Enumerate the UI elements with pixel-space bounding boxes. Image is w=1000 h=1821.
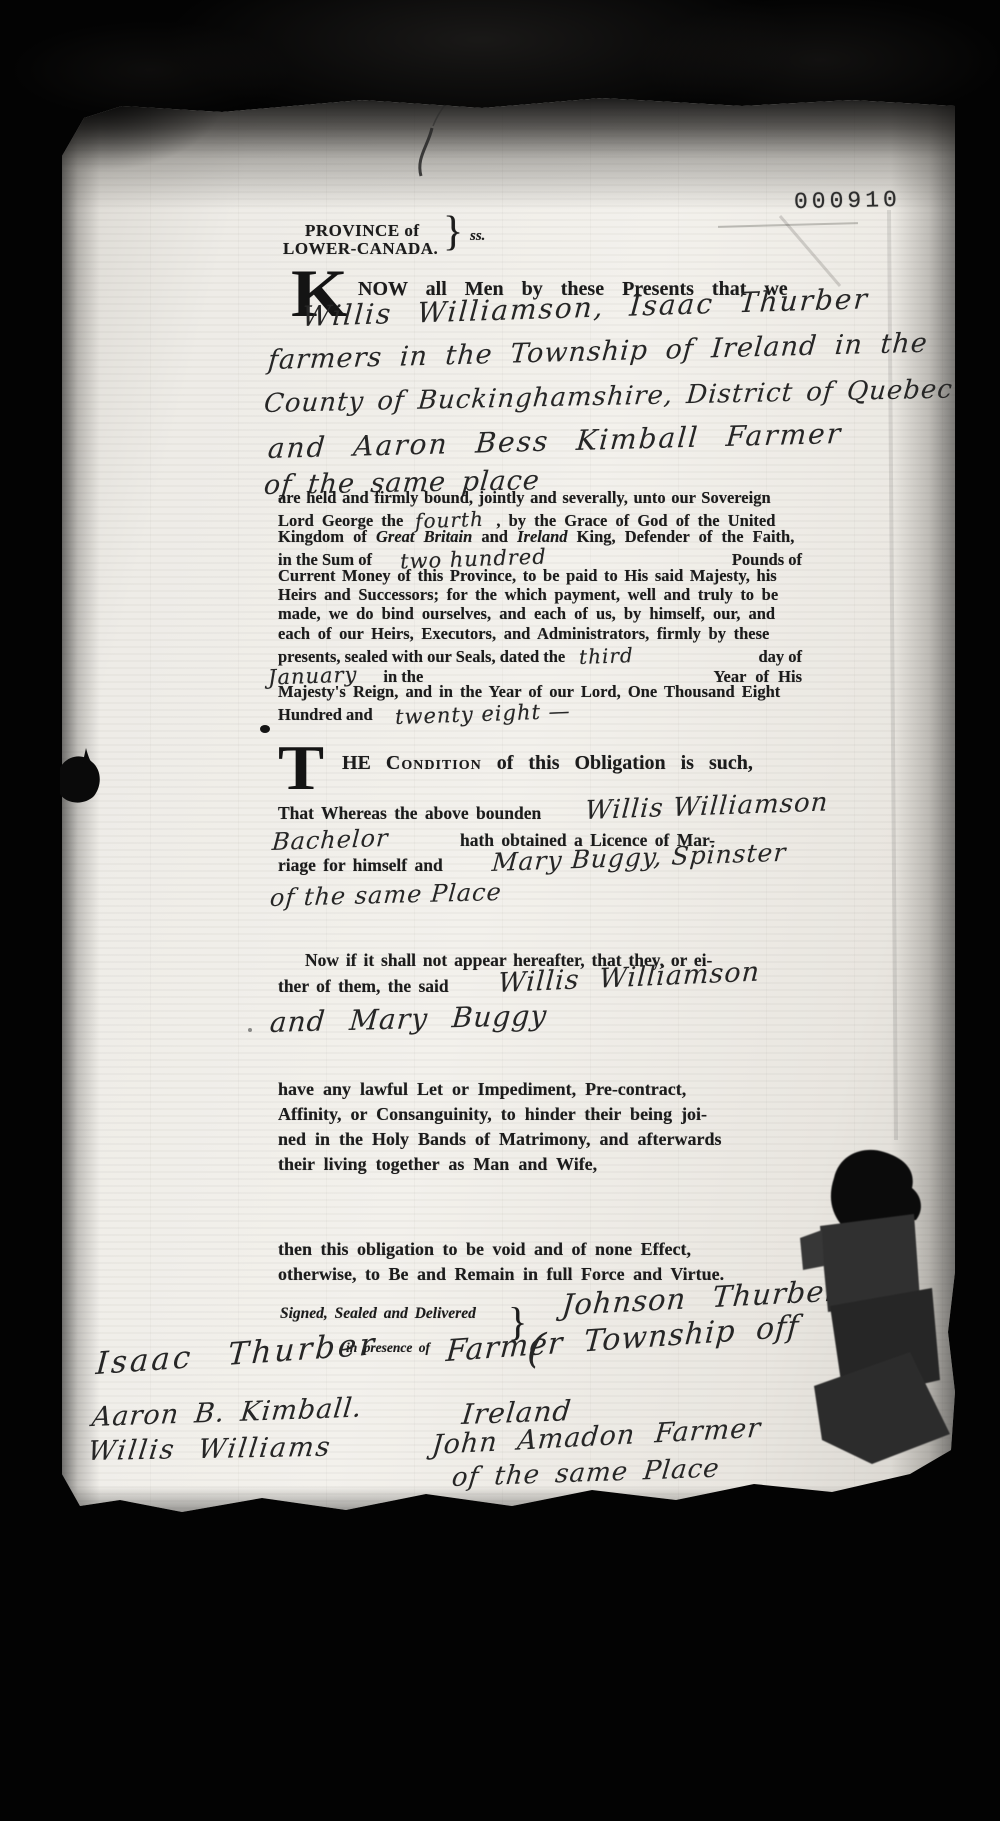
tape-seal-marks <box>0 0 1000 1821</box>
scanned-document-canvas: 000910 PROVINCE of LOWER-CANADA. } ss. K… <box>0 0 1000 1821</box>
tape-tab-icon <box>800 1230 824 1270</box>
